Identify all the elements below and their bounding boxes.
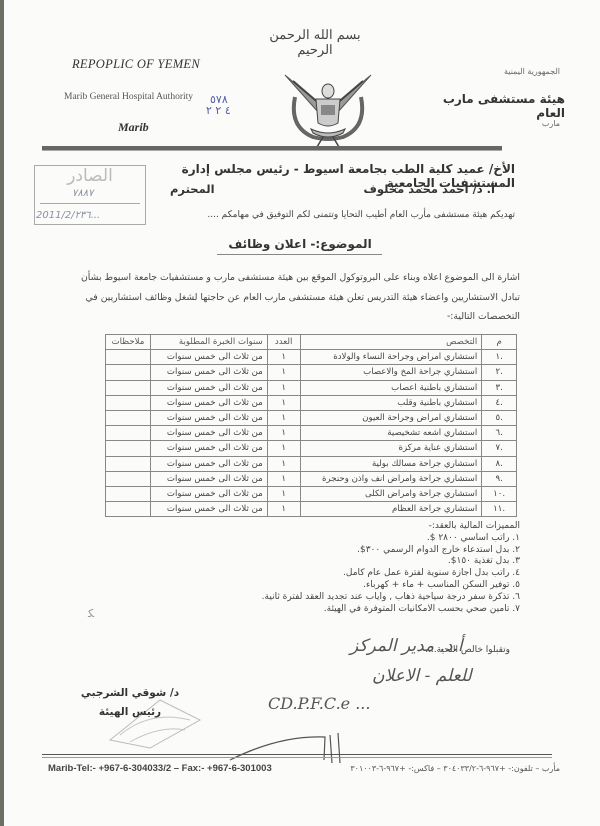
signatory-title: رئيس الهيئة — [75, 703, 185, 722]
header-count: العدد — [267, 335, 300, 350]
cell-index: .١٠ — [482, 486, 517, 501]
table-row: .٩استشاري جراحة وامراض انف واذن وحنجرة١م… — [106, 471, 517, 486]
benefit-item: ٢. بدل استدعاء خارج الدوام الرسمي ٣٠٠$. — [220, 545, 520, 557]
benefit-item: ١. راتب اساسي ٢٨٠٠ $. — [220, 533, 520, 545]
cell-specialty: استشاري عناية مركزة — [300, 441, 482, 456]
authority-ar: هيئة مستشفى مارب العام — [425, 92, 565, 120]
header-divider-thin — [42, 150, 502, 151]
cell-index: .١ — [482, 350, 517, 365]
cell-count: ١ — [267, 426, 300, 441]
cell-index: .٢ — [482, 365, 517, 380]
cell-experience: من ثلاث الى خمس سنوات — [150, 350, 267, 365]
honorific: المحترم — [170, 182, 215, 196]
header-experience: سنوات الخبرة المطلوبة — [150, 335, 267, 350]
cell-count: ١ — [267, 486, 300, 501]
basmala: بسم الله الرحمن الرحيم — [265, 28, 365, 58]
cell-specialty: استشاري امراض وجراحة العيون — [300, 410, 482, 425]
benefit-item: ٣. بدل تغذية ١٥٠$. — [220, 556, 520, 568]
benefits-title: المميزات المالية بالعقد:- — [220, 521, 520, 533]
republic-ar: الجمهورية اليمنية — [490, 67, 560, 76]
table-row: .٨استشاري جراحة مسالك بولية١من ثلاث الى … — [106, 456, 517, 471]
cell-experience: من ثلاث الى خمس سنوات — [150, 380, 267, 395]
handwritten-note: أ.د. مدير المركز — [350, 636, 463, 656]
cell-experience: من ثلاث الى خمس سنوات — [150, 456, 267, 471]
republic-en: REPOPLIC OF YEMEN — [72, 57, 200, 72]
cell-experience: من ثلاث الى خمس سنوات — [150, 365, 267, 380]
cell-index: .٦ — [482, 426, 517, 441]
cell-notes — [106, 365, 151, 380]
cell-count: ١ — [267, 441, 300, 456]
cell-index: .٨ — [482, 456, 517, 471]
table-row: .١استشاري امراض وجراحة النساء والولادة١م… — [106, 350, 517, 365]
reference-date: ٤ ٢ ٢ — [206, 105, 231, 116]
body-paragraph: اشارة الى الموضوع اعلاه وبناء على البروت… — [80, 268, 520, 327]
table-row: .٣استشاري باطنية اعصاب١من ثلاث الى خمس س… — [106, 380, 517, 395]
greeting: تهديكم هيئة مستشفى مأرب العام أطيب التحا… — [150, 210, 515, 220]
cell-index: .١١ — [482, 502, 517, 517]
cell-count: ١ — [267, 502, 300, 517]
benefit-item: ٥. توفير السكن المناسب + ماء + كهرباء. — [220, 580, 520, 592]
cell-specialty: استشاري باطنية اعصاب — [300, 380, 482, 395]
cell-index: .٩ — [482, 471, 517, 486]
table-header-row: م التخصص العدد سنوات الخبرة المطلوبة ملا… — [106, 335, 517, 350]
header-specialty: التخصص — [300, 335, 482, 350]
cell-experience: من ثلاث الى خمس سنوات — [150, 410, 267, 425]
cell-specialty: استشاري امراض وجراحة النساء والولادة — [300, 350, 482, 365]
stamp-label: الصادر — [40, 166, 140, 186]
cell-notes — [106, 456, 151, 471]
city-ar: مارب — [520, 119, 560, 128]
footer-divider-thin — [42, 757, 552, 758]
table-row: .٢استشاري جراحة المخ والاعصاب١من ثلاث ال… — [106, 365, 517, 380]
cell-notes — [106, 486, 151, 501]
scan-edge-bar — [0, 0, 4, 826]
cell-experience: من ثلاث الى خمس سنوات — [150, 441, 267, 456]
margin-mark: ﮑ — [88, 607, 94, 620]
cell-notes — [106, 441, 151, 456]
stamp-divider — [40, 203, 140, 204]
cell-notes — [106, 350, 151, 365]
table-row: .٦استشاري اشعه تشخيصية١من ثلاث الى خمس س… — [106, 426, 517, 441]
cell-experience: من ثلاث الى خمس سنوات — [150, 471, 267, 486]
cell-notes — [106, 502, 151, 517]
cell-specialty: استشاري جراحة المخ والاعصاب — [300, 365, 482, 380]
cell-specialty: استشاري جراحة وامراض الكلى — [300, 486, 482, 501]
benefit-item: ٧. تامين صحي بحسب الامكانيات المتوفرة في… — [220, 604, 520, 616]
cell-count: ١ — [267, 350, 300, 365]
benefit-item: ٦. تذكرة سفر درجة سياحية ذهاب , واياب عن… — [220, 592, 520, 604]
cell-count: ١ — [267, 471, 300, 486]
stamp-date: 2011/2/٢٣٦... — [36, 210, 100, 221]
footer-divider — [42, 754, 552, 755]
authority-en: Marib General Hospital Authority — [64, 92, 193, 102]
table-row: .١١استشاري جراحة العظام١من ثلاث الى خمس … — [106, 502, 517, 517]
cell-notes — [106, 380, 151, 395]
table-row: .٧استشاري عناية مركزة١من ثلاث الى خمس سن… — [106, 441, 517, 456]
table-row: .١٠استشاري جراحة وامراض الكلى١من ثلاث ال… — [106, 486, 517, 501]
cell-count: ١ — [267, 380, 300, 395]
cell-notes — [106, 410, 151, 425]
cell-index: .٧ — [482, 441, 517, 456]
cell-count: ١ — [267, 456, 300, 471]
subject-underline — [217, 254, 382, 255]
stamp-number: ٧٨٨٧ — [72, 188, 93, 199]
signatory-name: د/ شوقي الشرجبي — [75, 684, 185, 703]
cell-count: ١ — [267, 410, 300, 425]
financial-benefits: المميزات المالية بالعقد:- ١. راتب اساسي … — [220, 521, 520, 615]
table-row: .٥استشاري امراض وجراحة العيون١من ثلاث ال… — [106, 410, 517, 425]
cell-notes — [106, 471, 151, 486]
cell-specialty: استشاري جراحة العظام — [300, 502, 482, 517]
cell-count: ١ — [267, 395, 300, 410]
cell-specialty: استشاري اشعه تشخيصية — [300, 426, 482, 441]
reference-number: ٥٧٨ ٤ ٢ ٢ — [210, 94, 231, 116]
cell-experience: من ثلاث الى خمس سنوات — [150, 502, 267, 517]
cell-specialty: استشاري جراحة مسالك بولية — [300, 456, 482, 471]
cell-index: .٥ — [482, 410, 517, 425]
benefits-list: ١. راتب اساسي ٢٨٠٠ $. ٢. بدل استدعاء خار… — [220, 533, 520, 616]
header-notes: ملاحظات — [106, 335, 151, 350]
city-en: Marib — [118, 120, 149, 135]
recipient-name: أ. د/ احمد محمد مخلوف — [364, 182, 495, 196]
table-row: .٤استشاري باطنية وقلب١من ثلاث الى خمس سن… — [106, 395, 517, 410]
cell-notes — [106, 395, 151, 410]
signature-scribble-icon — [220, 705, 350, 765]
handwritten-note: للعلم - الاعلان — [372, 666, 472, 686]
footer-contact-ar: مأرب – تلفون:- +٩٦٧-٦-٣٠٤٠٣٣/٢ – فاكس:- … — [300, 764, 560, 773]
cell-experience: من ثلاث الى خمس سنوات — [150, 395, 267, 410]
cell-index: .٤ — [482, 395, 517, 410]
cell-specialty: استشاري جراحة وامراض انف واذن وحنجرة — [300, 471, 482, 486]
footer-contact-en: Marib-Tel:- +967-6-304033/2 – Fax:- +967… — [48, 763, 272, 774]
signatory: د/ شوقي الشرجبي رئيس الهيئة — [75, 684, 185, 722]
benefit-item: ٤. راتب بدل اجازة سنوية لفترة عمل عام كا… — [220, 568, 520, 580]
cell-count: ١ — [267, 365, 300, 380]
cell-notes — [106, 426, 151, 441]
specialties-table: م التخصص العدد سنوات الخبرة المطلوبة ملا… — [105, 334, 517, 517]
yemen-eagle-emblem-icon — [283, 67, 373, 149]
cell-specialty: استشاري باطنية وقلب — [300, 395, 482, 410]
header-index: م — [482, 335, 517, 350]
cell-index: .٣ — [482, 380, 517, 395]
cell-experience: من ثلاث الى خمس سنوات — [150, 426, 267, 441]
subject-line: الموضوع:- اعلان وظائف — [215, 237, 385, 251]
cell-experience: من ثلاث الى خمس سنوات — [150, 486, 267, 501]
